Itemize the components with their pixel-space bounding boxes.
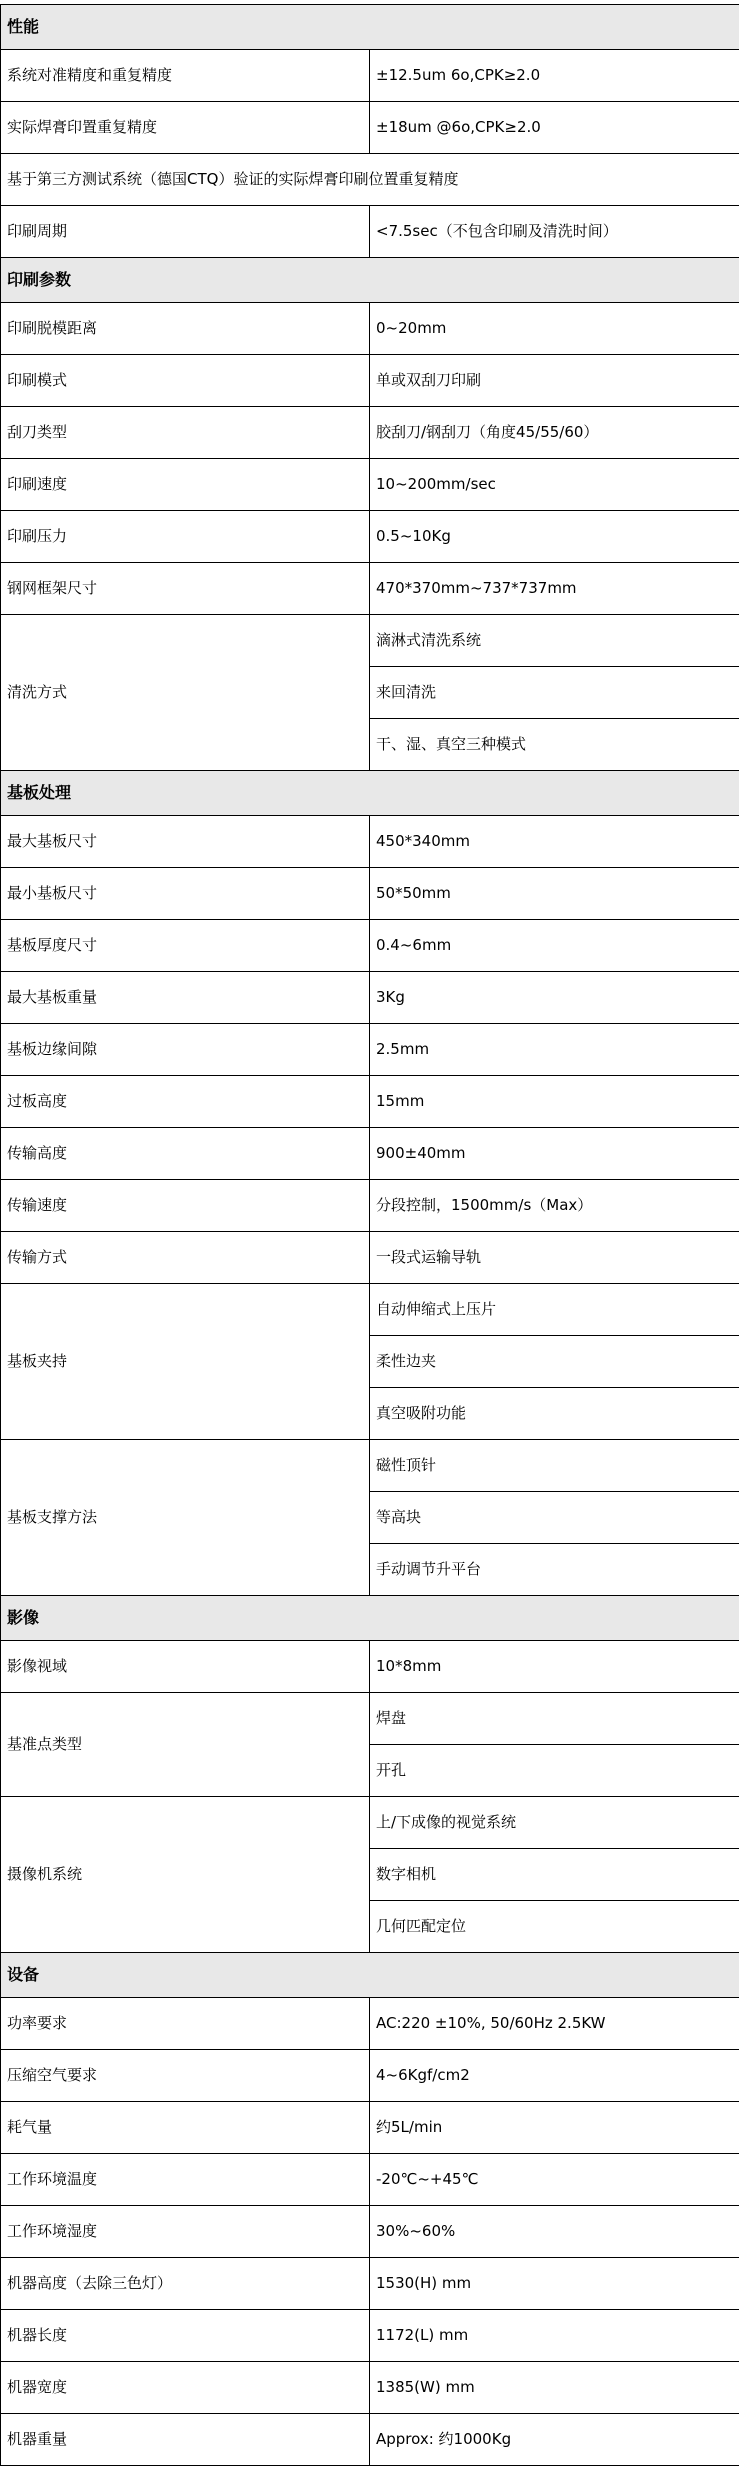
section-row: 性能 xyxy=(1,5,739,50)
section-header: 印刷参数 xyxy=(1,258,739,303)
spec-row: 基准点类型焊盘 xyxy=(1,1693,739,1745)
spec-value-cell: 4~6Kgf/cm2 xyxy=(370,2050,739,2102)
section-row: 设备 xyxy=(1,1953,739,1998)
spec-value-cell: 450*340mm xyxy=(370,816,739,868)
spec-row: 压缩空气要求4~6Kgf/cm2 xyxy=(1,2050,739,2102)
spec-row: 传输高度900±40mm xyxy=(1,1128,739,1180)
section-header: 基板处理 xyxy=(1,771,739,816)
spec-table-body: 性能系统对准精度和重复精度±12.5um 6o,CPK≥2.0实际焊膏印置重复精… xyxy=(1,5,739,2466)
spec-value-cell: 2.5mm xyxy=(370,1024,739,1076)
spec-value-cell: 900±40mm xyxy=(370,1128,739,1180)
spec-row: 摄像机系统上/下成像的视觉系统 xyxy=(1,1797,739,1849)
spec-label-cell: 影像视域 xyxy=(1,1641,370,1693)
spec-value-cell: 焊盘 xyxy=(370,1693,739,1745)
spec-value-cell: 干、湿、真空三种模式 xyxy=(370,719,739,771)
spec-value-cell: 3Kg xyxy=(370,972,739,1024)
spec-value-cell: 磁性顶针 xyxy=(370,1440,739,1492)
spec-row: 基板厚度尺寸0.4~6mm xyxy=(1,920,739,972)
spec-label-cell: 压缩空气要求 xyxy=(1,2050,370,2102)
spec-label-cell: 刮刀类型 xyxy=(1,407,370,459)
spec-value-cell: ±18um @6o,CPK≥2.0 xyxy=(370,102,739,154)
spec-row: 过板高度15mm xyxy=(1,1076,739,1128)
spec-value-cell: 约5L/min xyxy=(370,2102,739,2154)
spec-row: 传输速度分段控制，1500mm/s（Max） xyxy=(1,1180,739,1232)
spec-value-cell: 一段式运输导轨 xyxy=(370,1232,739,1284)
spec-value-cell: 分段控制，1500mm/s（Max） xyxy=(370,1180,739,1232)
spec-value-cell: 开孔 xyxy=(370,1745,739,1797)
section-row: 基板处理 xyxy=(1,771,739,816)
spec-label-cell: 工作环境温度 xyxy=(1,2154,370,2206)
spec-label-cell: 基板支撑方法 xyxy=(1,1440,370,1596)
spec-label-cell: 基准点类型 xyxy=(1,1693,370,1797)
spec-value-cell: 50*50mm xyxy=(370,868,739,920)
section-row: 印刷参数 xyxy=(1,258,739,303)
spec-row: 影像视域10*8mm xyxy=(1,1641,739,1693)
spec-sheet-page: 性能系统对准精度和重复精度±12.5um 6o,CPK≥2.0实际焊膏印置重复精… xyxy=(0,0,739,2474)
spec-value-cell: 手动调节升平台 xyxy=(370,1544,739,1596)
spec-row: 机器宽度1385(W) mm xyxy=(1,2362,739,2414)
spec-value-cell: 真空吸附功能 xyxy=(370,1388,739,1440)
spec-row: 印刷脱模距离0~20mm xyxy=(1,303,739,355)
spec-label-cell: 最大基板重量 xyxy=(1,972,370,1024)
spec-value-cell: 0.4~6mm xyxy=(370,920,739,972)
spec-row: 最大基板尺寸450*340mm xyxy=(1,816,739,868)
spec-value-cell: -20℃~+45℃ xyxy=(370,2154,739,2206)
spec-value-cell: 0~20mm xyxy=(370,303,739,355)
spec-label-cell: 机器宽度 xyxy=(1,2362,370,2414)
spec-row: 传输方式一段式运输导轨 xyxy=(1,1232,739,1284)
spec-label-cell: 实际焊膏印置重复精度 xyxy=(1,102,370,154)
spec-value-cell: 胶刮刀/钢刮刀（角度45/55/60） xyxy=(370,407,739,459)
spec-row: 印刷周期<7.5sec（不包含印刷及清洗时间） xyxy=(1,206,739,258)
spec-label-cell: 印刷模式 xyxy=(1,355,370,407)
spec-label-cell: 功率要求 xyxy=(1,1998,370,2050)
spec-value-cell: <7.5sec（不包含印刷及清洗时间） xyxy=(370,206,739,258)
spec-label-cell: 耗气量 xyxy=(1,2102,370,2154)
spec-value-cell: 数字相机 xyxy=(370,1849,739,1901)
spec-label-cell: 工作环境湿度 xyxy=(1,2206,370,2258)
spec-label-cell: 机器长度 xyxy=(1,2310,370,2362)
section-header: 影像 xyxy=(1,1596,739,1641)
spec-label-cell: 清洗方式 xyxy=(1,615,370,771)
spec-label-cell: 过板高度 xyxy=(1,1076,370,1128)
section-row: 影像 xyxy=(1,1596,739,1641)
spec-value-cell: 1385(W) mm xyxy=(370,2362,739,2414)
spec-label-cell: 机器高度（去除三色灯） xyxy=(1,2258,370,2310)
spec-row: 功率要求AC:220 ±10%, 50/60Hz 2.5KW xyxy=(1,1998,739,2050)
spec-value-cell: 自动伸缩式上压片 xyxy=(370,1284,739,1336)
spec-label-cell: 基板边缘间隙 xyxy=(1,1024,370,1076)
spec-value-cell: 上/下成像的视觉系统 xyxy=(370,1797,739,1849)
spec-label-cell: 传输方式 xyxy=(1,1232,370,1284)
spec-row: 基于第三方测试系统（德国CTQ）验证的实际焊膏印刷位置重复精度 xyxy=(1,154,739,206)
spec-label-cell: 最小基板尺寸 xyxy=(1,868,370,920)
spec-row: 实际焊膏印置重复精度±18um @6o,CPK≥2.0 xyxy=(1,102,739,154)
spec-value-cell: 柔性边夹 xyxy=(370,1336,739,1388)
spec-value-cell: 1530(H) mm xyxy=(370,2258,739,2310)
spec-row: 印刷压力0.5~10Kg xyxy=(1,511,739,563)
spec-value-cell: AC:220 ±10%, 50/60Hz 2.5KW xyxy=(370,1998,739,2050)
spec-value-cell: 1172(L) mm xyxy=(370,2310,739,2362)
spec-value-cell: 几何匹配定位 xyxy=(370,1901,739,1953)
spec-label-cell: 印刷脱模距离 xyxy=(1,303,370,355)
spec-row: 基板边缘间隙2.5mm xyxy=(1,1024,739,1076)
section-header: 设备 xyxy=(1,1953,739,1998)
spec-label-cell: 最大基板尺寸 xyxy=(1,816,370,868)
spec-value-cell: 0.5~10Kg xyxy=(370,511,739,563)
spec-row: 印刷速度10~200mm/sec xyxy=(1,459,739,511)
spec-value-cell: Approx: 约1000Kg xyxy=(370,2414,739,2466)
spec-label-cell: 印刷速度 xyxy=(1,459,370,511)
spec-label-cell: 基板厚度尺寸 xyxy=(1,920,370,972)
spec-label-cell: 基于第三方测试系统（德国CTQ）验证的实际焊膏印刷位置重复精度 xyxy=(1,154,739,206)
spec-value-cell: 滴淋式清洗系统 xyxy=(370,615,739,667)
spec-row: 工作环境湿度30%~60% xyxy=(1,2206,739,2258)
spec-value-cell: 30%~60% xyxy=(370,2206,739,2258)
spec-label-cell: 钢网框架尺寸 xyxy=(1,563,370,615)
spec-row: 刮刀类型胶刮刀/钢刮刀（角度45/55/60） xyxy=(1,407,739,459)
spec-label-cell: 基板夹持 xyxy=(1,1284,370,1440)
spec-value-cell: 单或双刮刀印刷 xyxy=(370,355,739,407)
spec-row: 基板支撑方法磁性顶针 xyxy=(1,1440,739,1492)
spec-row: 机器长度1172(L) mm xyxy=(1,2310,739,2362)
spec-row: 基板夹持自动伸缩式上压片 xyxy=(1,1284,739,1336)
spec-row: 最大基板重量3Kg xyxy=(1,972,739,1024)
spec-row: 清洗方式滴淋式清洗系统 xyxy=(1,615,739,667)
spec-label-cell: 摄像机系统 xyxy=(1,1797,370,1953)
spec-row: 工作环境温度-20℃~+45℃ xyxy=(1,2154,739,2206)
spec-row: 耗气量约5L/min xyxy=(1,2102,739,2154)
spec-row: 机器高度（去除三色灯）1530(H) mm xyxy=(1,2258,739,2310)
spec-label-cell: 传输高度 xyxy=(1,1128,370,1180)
spec-value-cell: ±12.5um 6o,CPK≥2.0 xyxy=(370,50,739,102)
spec-table: 性能系统对准精度和重复精度±12.5um 6o,CPK≥2.0实际焊膏印置重复精… xyxy=(0,4,739,2466)
spec-value-cell: 10*8mm xyxy=(370,1641,739,1693)
spec-value-cell: 470*370mm~737*737mm xyxy=(370,563,739,615)
spec-row: 印刷模式单或双刮刀印刷 xyxy=(1,355,739,407)
spec-value-cell: 10~200mm/sec xyxy=(370,459,739,511)
spec-label-cell: 印刷压力 xyxy=(1,511,370,563)
spec-row: 最小基板尺寸50*50mm xyxy=(1,868,739,920)
spec-row: 钢网框架尺寸470*370mm~737*737mm xyxy=(1,563,739,615)
spec-label-cell: 系统对准精度和重复精度 xyxy=(1,50,370,102)
spec-value-cell: 来回清洗 xyxy=(370,667,739,719)
spec-value-cell: 等高块 xyxy=(370,1492,739,1544)
spec-row: 系统对准精度和重复精度±12.5um 6o,CPK≥2.0 xyxy=(1,50,739,102)
spec-row: 机器重量Approx: 约1000Kg xyxy=(1,2414,739,2466)
spec-label-cell: 机器重量 xyxy=(1,2414,370,2466)
spec-label-cell: 传输速度 xyxy=(1,1180,370,1232)
spec-value-cell: 15mm xyxy=(370,1076,739,1128)
spec-label-cell: 印刷周期 xyxy=(1,206,370,258)
section-header: 性能 xyxy=(1,5,739,50)
